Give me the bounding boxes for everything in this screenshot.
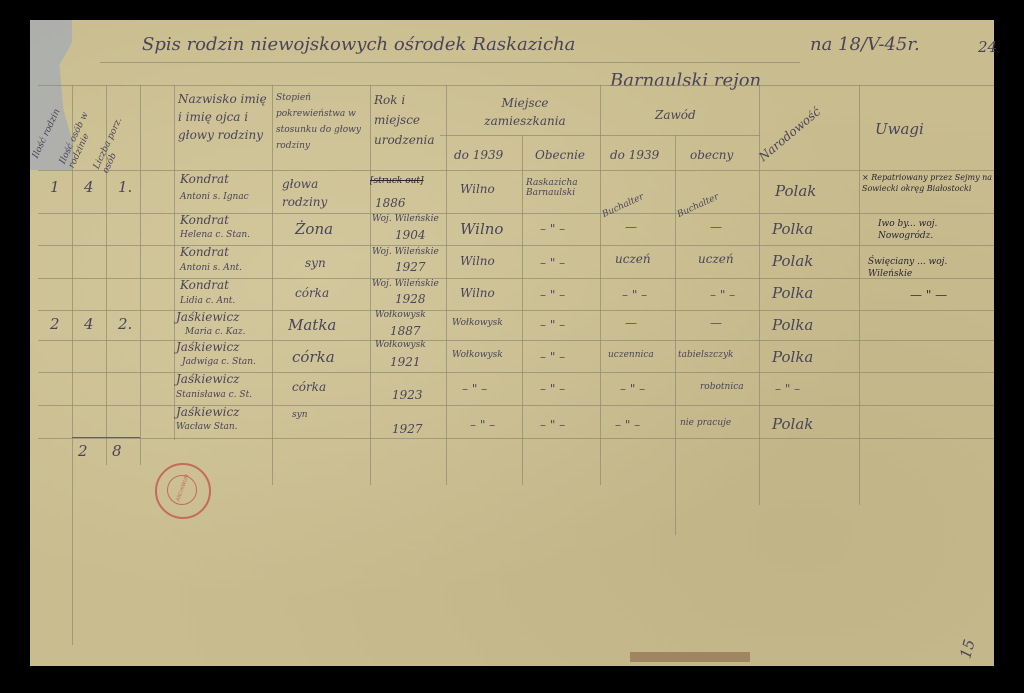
archive-stamp: ARCHIWUM: [155, 463, 211, 519]
title-trailing: 24: [978, 38, 997, 56]
cell-occ-now: uczeń: [698, 252, 734, 266]
cell-occ-now: nie pracuje: [680, 418, 731, 428]
cell-given: Stanisława c. St.: [176, 390, 252, 400]
cell-given: Maria c. Kaz.: [185, 327, 245, 337]
cell-res-before: Wołkowysk: [452, 318, 503, 328]
grid-line: [272, 85, 273, 485]
cell-given: Lidia c. Ant.: [180, 296, 235, 306]
cell-occ-now: – " –: [710, 288, 735, 302]
cell-birth-year: 1928: [395, 292, 426, 306]
cell-ordinal: 2.: [118, 315, 132, 333]
cell-relation: Matka: [288, 316, 336, 334]
total-families: 2: [78, 442, 88, 460]
cell-nationality: Polak: [775, 182, 816, 200]
cell-nationality: – " –: [775, 382, 800, 396]
cell-given: Helena c. Stan.: [180, 230, 250, 240]
cell-relation: Żona: [295, 220, 333, 238]
cell-birth-place: [struck out]: [370, 176, 424, 186]
cell-family: 1: [50, 178, 60, 196]
grid-line: [38, 170, 994, 171]
cell-res-now: – " –: [540, 222, 565, 236]
header-residence-now: Obecnie: [535, 148, 585, 162]
cell-res-before: Wilno: [460, 220, 503, 238]
page-number: 15: [956, 637, 978, 660]
cell-birth-place: Woj. Wileńskie: [372, 279, 439, 289]
grid-line: [859, 85, 860, 505]
grid-line: [759, 85, 760, 505]
cell-surname: Kondrat: [180, 245, 229, 259]
grid-line: [370, 85, 371, 485]
cell-surname: Kondrat: [180, 213, 229, 227]
header-relation: Stopień pokrewieństwa w stosunku do głow…: [276, 90, 368, 154]
cell-res-now: – " –: [540, 350, 565, 364]
cell-occ-before: uczeń: [615, 252, 651, 266]
cell-surname: Jaśkiewicz: [176, 340, 240, 354]
cell-persons: 4: [84, 315, 94, 333]
cell-note: × Repatriowany przez Sejmy na Sowiecki o…: [862, 172, 994, 194]
cell-note: Iwo by... woj. Nowogródz.: [878, 218, 993, 242]
cell-occ-now: tabielszczyk: [678, 350, 734, 360]
cell-birth-year: 1904: [395, 228, 426, 242]
grid-line: [600, 85, 601, 485]
cell-occ-now: —: [710, 220, 722, 234]
cell-occ-before: – " –: [615, 418, 640, 432]
cell-birth-year: 1886: [375, 196, 406, 210]
cell-occ-before: – " –: [620, 382, 645, 396]
grid-line: [675, 135, 676, 535]
document-title: Spis rodzin niewojskowych ośrodek Raskaz…: [142, 34, 575, 55]
cell-given: Jadwiga c. Stan.: [182, 357, 256, 367]
grid-line: [140, 85, 141, 465]
cell-relation: córka: [295, 286, 329, 300]
cell-relation: głowa rodziny: [282, 175, 367, 211]
cell-surname: Kondrat: [180, 278, 229, 292]
cell-res-now: – " –: [540, 318, 565, 332]
cell-surname: Kondrat: [180, 172, 229, 186]
cell-occ-before: – " –: [622, 288, 647, 302]
header-occupation-before: do 1939: [610, 148, 659, 162]
cell-nationality: Polka: [772, 348, 813, 366]
cell-relation: syn: [292, 410, 308, 420]
cell-occ-before: Buchalter: [601, 192, 646, 220]
cell-persons: 4: [84, 178, 94, 196]
cell-surname: Jaśkiewicz: [176, 372, 240, 386]
cell-nationality: Polka: [772, 284, 813, 302]
cell-res-before: Wilno: [460, 254, 495, 268]
cell-occ-now: Buchalter: [676, 192, 721, 220]
cell-res-now: – " –: [540, 418, 565, 432]
cell-given: Antoni s. Ignac: [180, 192, 249, 202]
cell-res-before: Wilno: [460, 286, 495, 300]
grid-line: [174, 85, 175, 440]
header-notes: Uwagi: [875, 120, 924, 138]
header-name: Nazwisko imię i imię ojca i głowy rodzin…: [178, 90, 270, 144]
cell-birth-year: 1923: [392, 388, 423, 402]
tape-strip-bottom: [630, 652, 750, 662]
cell-relation: syn: [305, 256, 326, 270]
cell-family: 2: [50, 315, 60, 333]
cell-occ-now: robotnica: [700, 382, 744, 392]
cell-nationality: Polka: [772, 220, 813, 238]
cell-relation: córka: [292, 380, 326, 394]
cell-birth-place: Woj. Wileńskie: [372, 247, 439, 257]
cell-res-before: Wołkowysk: [452, 350, 503, 360]
grid-line: [446, 85, 447, 485]
document-page: Spis rodzin niewojskowych ośrodek Raskaz…: [30, 20, 994, 666]
cell-res-now: – " –: [540, 288, 565, 302]
cell-res-now: – " –: [540, 382, 565, 396]
cell-birth-place: Wołkowysk: [375, 310, 426, 320]
header-residence: Miejsce zamieszkania: [465, 94, 585, 130]
cell-res-before: – " –: [462, 382, 487, 396]
stamp-text: ARCHIWUM: [171, 463, 194, 514]
header-birth: Rok i miejsce urodzenia: [374, 90, 444, 150]
title-underline: [100, 62, 800, 63]
cell-birth-place: Wołkowysk: [375, 340, 426, 350]
cell-res-before: – " –: [470, 418, 495, 432]
cell-note: Święciany ... woj. Wileńskie: [868, 256, 993, 280]
document-subtitle: Barnaulski rejon: [610, 70, 761, 91]
grid-line: [72, 85, 73, 645]
cell-birth-year: 1927: [395, 260, 426, 274]
cell-res-before: Wilno: [460, 182, 495, 196]
cell-surname: Jaśkiewicz: [176, 405, 240, 419]
cell-note: — " —: [910, 288, 947, 302]
cell-res-now: Raskazicha Barnaulski: [526, 178, 598, 198]
cell-surname: Jaśkiewicz: [176, 310, 240, 324]
cell-given: Antoni s. Ant.: [180, 263, 242, 273]
cell-relation: córka: [292, 348, 335, 366]
cell-nationality: Polka: [772, 316, 813, 334]
cell-occ-before: uczennica: [608, 350, 654, 360]
header-occupation-now: obecny: [690, 148, 733, 162]
cell-birth-place: Woj. Wileńskie: [372, 214, 439, 224]
cell-birth-year: 1921: [390, 355, 421, 369]
header-residence-before: do 1939: [454, 148, 503, 162]
cell-nationality: Polak: [772, 252, 813, 270]
header-occupation: Zawód: [655, 108, 696, 122]
cell-birth-year: 1887: [390, 324, 421, 338]
document-date: na 18/V-45r.: [810, 34, 920, 55]
cell-nationality: Polak: [772, 415, 813, 433]
grid-line: [522, 135, 523, 485]
total-persons: 8: [112, 442, 122, 460]
cell-ordinal: 1.: [118, 178, 132, 196]
cell-given: Wacław Stan.: [176, 422, 238, 432]
cell-occ-now: —: [710, 316, 722, 330]
cell-occ-before: —: [625, 316, 637, 330]
grid-line: [38, 438, 994, 439]
header-nationality: Narodowość: [756, 104, 823, 164]
cell-birth-year: 1927: [392, 422, 423, 436]
cell-res-now: – " –: [540, 256, 565, 270]
grid-line: [38, 85, 994, 86]
cell-occ-before: —: [625, 220, 637, 234]
totals-rule: [72, 437, 140, 438]
